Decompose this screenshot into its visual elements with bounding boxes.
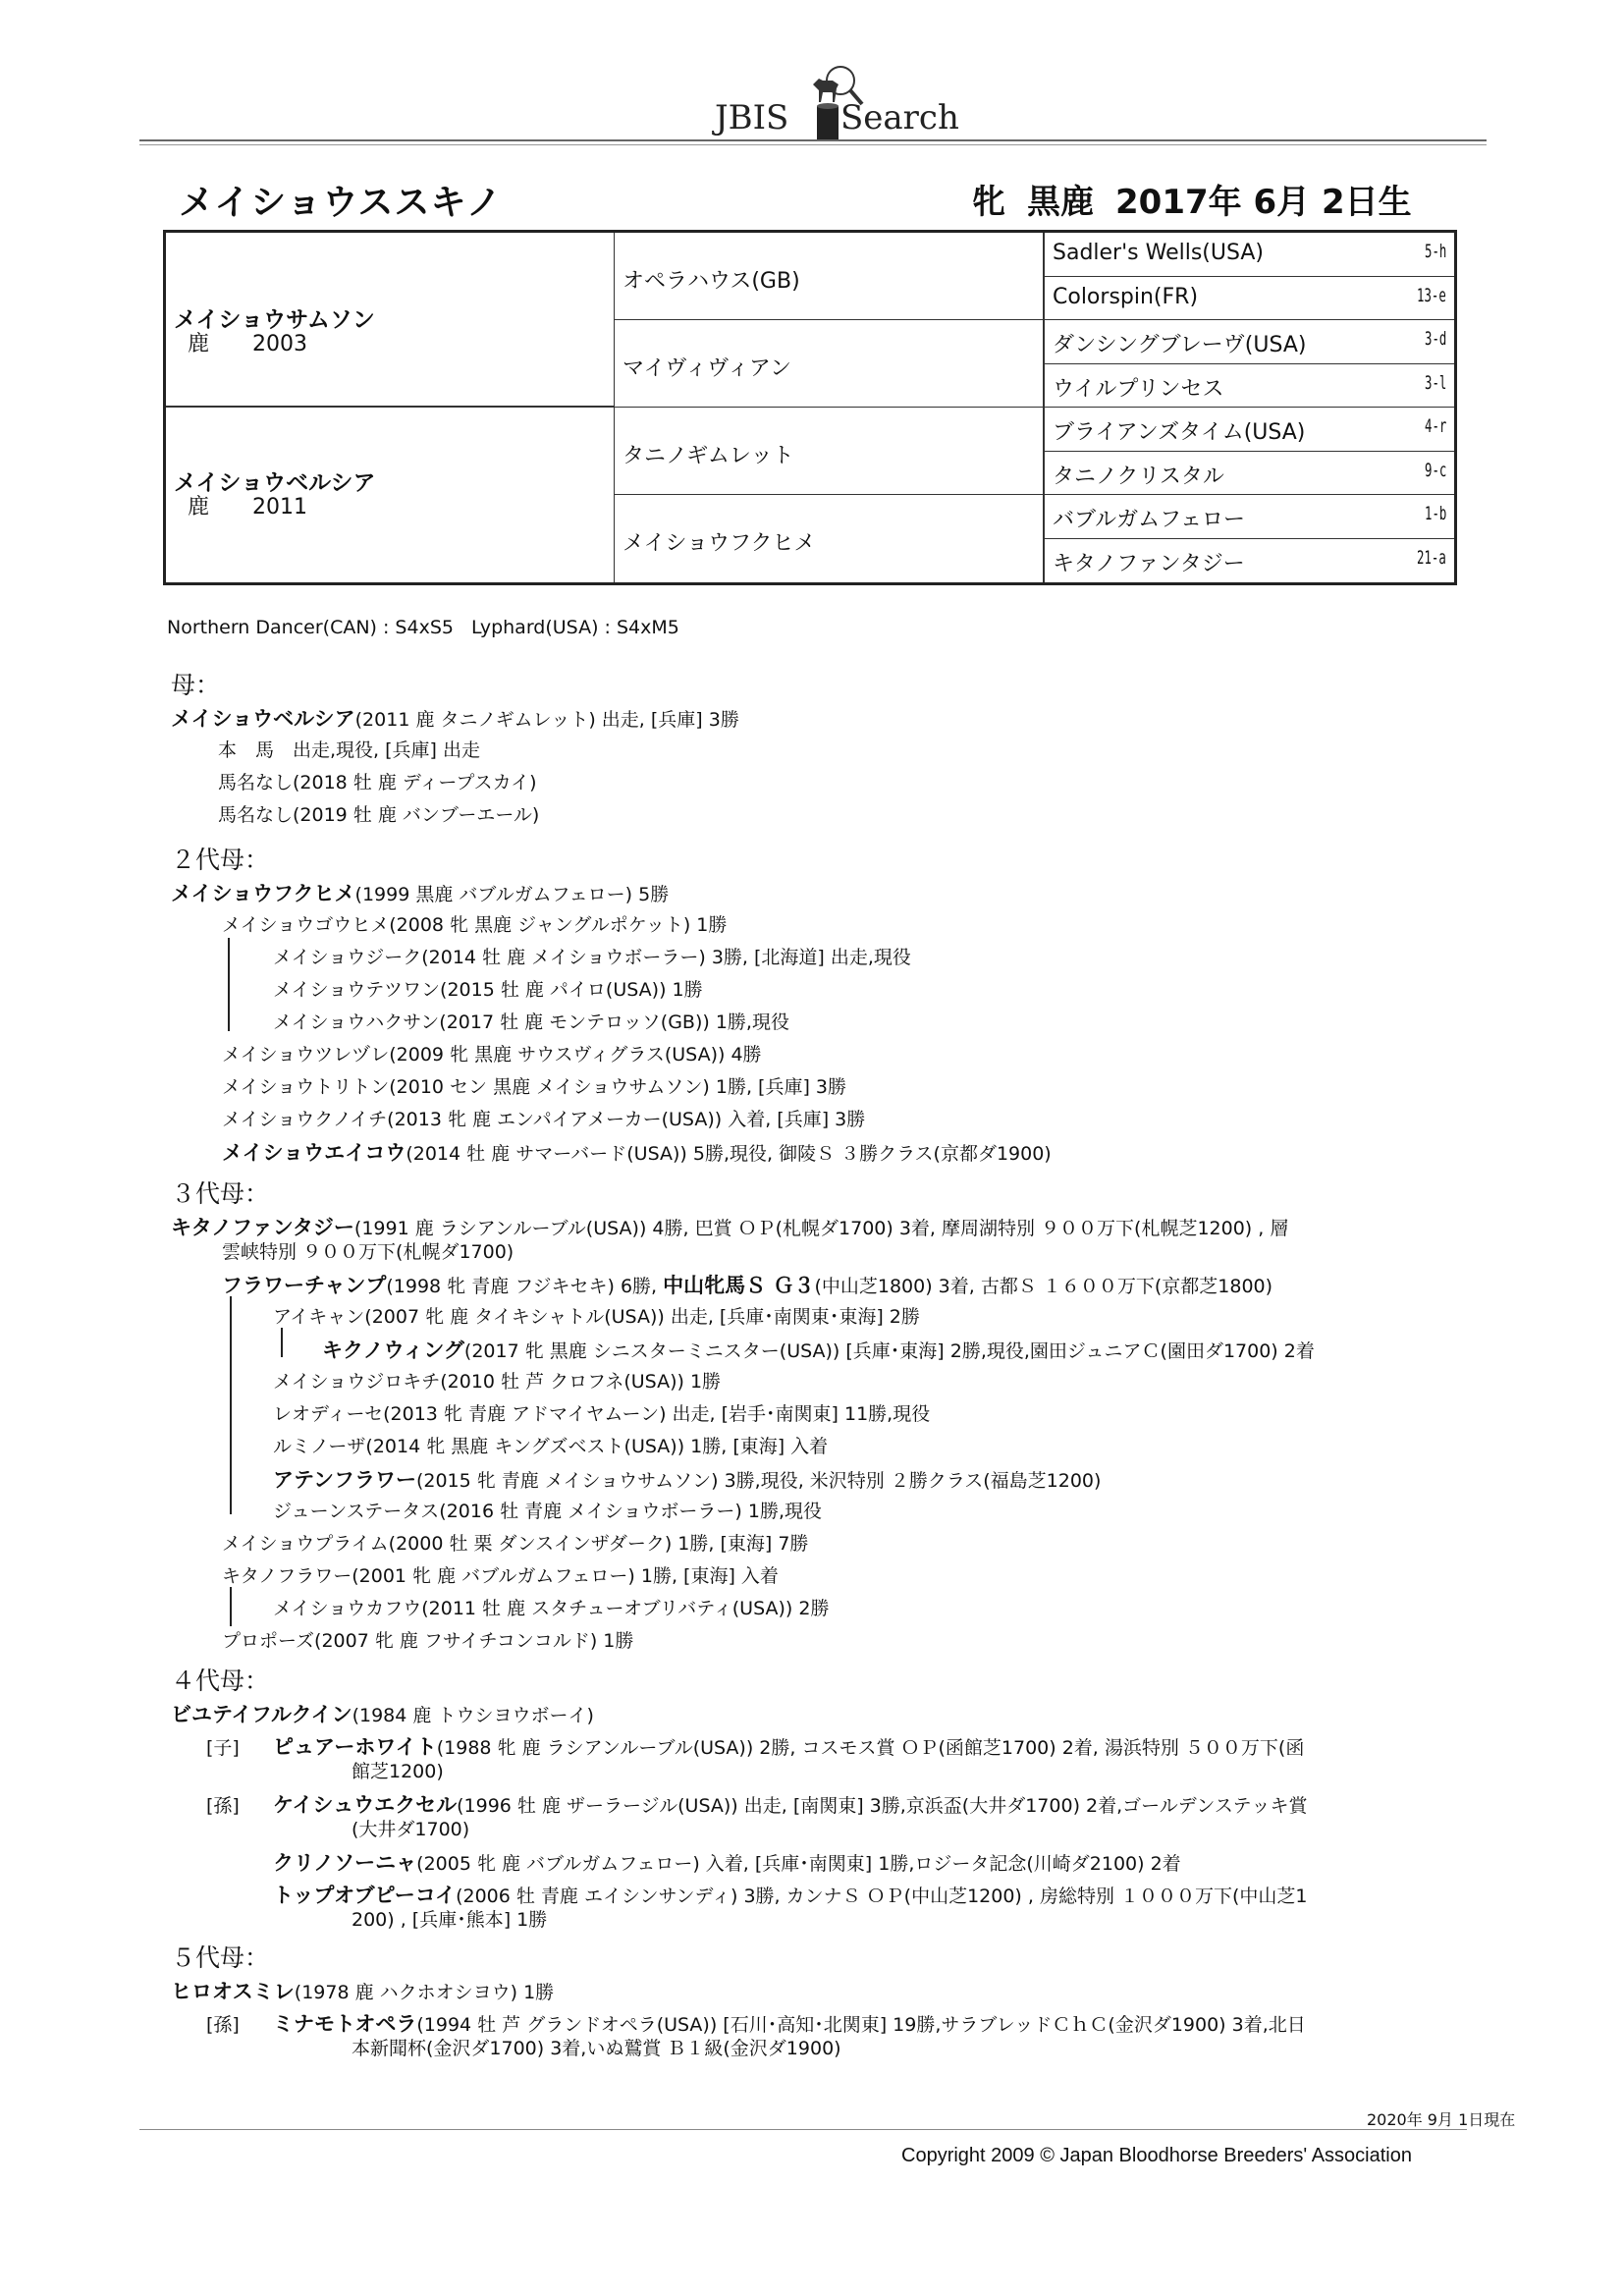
list-item: メイショウゴウヒメ(2008 牝 黒鹿 ジャングルポケット) 1勝 bbox=[222, 910, 727, 937]
pedigree-gen1: メイショウサムソン 鹿2003 メイショウベルシア 鹿2011 bbox=[166, 233, 615, 582]
as-of-date: 2020年 9月 1日現在 bbox=[1367, 2107, 1515, 2130]
horse-name: メイショウススキノ bbox=[179, 175, 503, 225]
horse-birth: 2017年 6月 2日生 bbox=[1115, 183, 1412, 222]
list-item: 本新聞杯(金沢ダ1700) 3着,いぬ鷲賞 Ｂ１級(金沢ダ1900) bbox=[352, 2034, 841, 2060]
pedigree-gen2: オペラハウス(GB) マイヴィヴィアン タニノギムレット メイショウフクヒメ bbox=[615, 233, 1045, 582]
gen3-cell: ダンシングブレーヴ(USA)3-d bbox=[1045, 320, 1454, 364]
gen2-cell: オペラハウス(GB) bbox=[615, 233, 1043, 320]
list-item: アテンフラワー(2015 牝 青鹿 メイショウサムソン) 3勝,現役, 米沢特別… bbox=[273, 1464, 1101, 1494]
section-title-g4: ４代母： bbox=[171, 1662, 269, 1697]
horse-color: 黒鹿 bbox=[1027, 183, 1094, 222]
section-title-g3: ３代母： bbox=[171, 1175, 269, 1210]
list-item: メイショウプライム(2000 牡 栗 ダンスインザダーク) 1勝, [東海] 7… bbox=[222, 1529, 808, 1556]
list-item: レオディーセ(2013 牝 青鹿 アドマイヤムーン) 出走, [岩手･南関東] … bbox=[273, 1399, 930, 1426]
list-item: クリノソーニャ(2005 牝 鹿 バブルガムフェロー) 入着, [兵庫･南関東]… bbox=[273, 1847, 1181, 1877]
list-item: 本 馬 出走,現役, [兵庫] 出走 bbox=[218, 736, 480, 762]
horse-info: 牝黒鹿2017年 6月 2日生 bbox=[972, 175, 1412, 223]
gen3-cell: Colorspin(FR)13-e bbox=[1045, 277, 1454, 321]
logo-search: Search bbox=[840, 98, 959, 137]
list-item: メイショウクノイチ(2013 牝 鹿 エンパイアメーカー(USA)) 入着, [… bbox=[222, 1105, 865, 1131]
sire-meta: 鹿2003 bbox=[188, 327, 307, 357]
list-item: ビユテイフルクイン(1984 鹿 トウシヨウボーイ) bbox=[171, 1699, 594, 1728]
gen3-cell: ウイルプリンセス3-l bbox=[1045, 364, 1454, 409]
footer-divider bbox=[139, 2129, 1467, 2130]
list-item: 館芝1200) bbox=[352, 1757, 444, 1783]
list-item: キクノウィング(2017 牝 黒鹿 シニスターミニスター(USA)) [兵庫･東… bbox=[322, 1335, 1315, 1364]
list-item: キタノフラワー(2001 牝 鹿 バブルガムフェロー) 1勝, [東海] 入着 bbox=[222, 1561, 779, 1588]
list-item: アイキャン(2007 牝 鹿 タイキシャトル(USA)) 出走, [兵庫･南関東… bbox=[273, 1302, 920, 1329]
list-item: プロポーズ(2007 牝 鹿 フサイチコンコルド) 1勝 bbox=[222, 1626, 633, 1653]
list-item: 馬名なし(2018 牡 鹿 ディープスカイ) bbox=[218, 768, 537, 794]
list-item: 雲峡特別 ９００万下(札幌ダ1700) bbox=[222, 1237, 514, 1264]
list-item: ジューンステータス(2016 牡 青鹿 メイショウボーラー) 1勝,現役 bbox=[273, 1497, 822, 1523]
list-item: 馬名なし(2019 牡 鹿 バンブーエール) bbox=[218, 800, 539, 827]
list-item: 200) , [兵庫･熊本] 1勝 bbox=[352, 1905, 547, 1932]
list-item: メイショウトリトン(2010 セン 黒鹿 メイショウサムソン) 1勝, [兵庫]… bbox=[222, 1072, 846, 1099]
tree-connector bbox=[228, 938, 230, 1031]
gen2-cell: メイショウフクヒメ bbox=[615, 495, 1043, 582]
gen2-cell: タニノギムレット bbox=[615, 408, 1043, 495]
gen3-cell: タニノクリスタル9-c bbox=[1045, 452, 1454, 496]
pedigree-table: メイショウサムソン 鹿2003 メイショウベルシア 鹿2011 オペラハウス(G… bbox=[163, 230, 1457, 585]
list-item: (大井ダ1700) bbox=[352, 1815, 469, 1841]
dam-cell: メイショウベルシア 鹿2011 bbox=[166, 408, 614, 582]
list-item: メイショウジーク(2014 牡 鹿 メイショウボーラー) 3勝, [北海道] 出… bbox=[273, 943, 911, 969]
gen3-cell: ブライアンズタイム(USA)4-r bbox=[1045, 408, 1454, 452]
list-item: メイショウツレヅレ(2009 牝 黒鹿 サウスヴィグラス(USA)) 4勝 bbox=[222, 1040, 762, 1066]
gen2-cell: マイヴィヴィアン bbox=[615, 320, 1043, 408]
tree-connector bbox=[230, 1296, 232, 1514]
list-item: ヒロオスミレ(1978 鹿 ハクホオシヨウ) 1勝 bbox=[171, 1976, 554, 2005]
tree-connector bbox=[281, 1328, 283, 1357]
section-title-g2: ２代母： bbox=[171, 841, 269, 876]
list-item: メイショウカフウ(2011 牡 鹿 スタチューオブリバティ(USA)) 2勝 bbox=[273, 1594, 829, 1620]
pedigree-gen3: Sadler's Wells(USA)5-h Colorspin(FR)13-e… bbox=[1045, 233, 1454, 582]
copyright: Copyright 2009 © Japan Bloodhorse Breede… bbox=[901, 2145, 1412, 2167]
gen3-cell: Sadler's Wells(USA)5-h bbox=[1045, 233, 1454, 277]
inbreeding-info: Northern Dancer(CAN) : S4xS5Lyphard(USA)… bbox=[167, 617, 697, 638]
gen3-cell: キタノファンタジー21-a bbox=[1045, 539, 1454, 583]
sire-cell: メイショウサムソン 鹿2003 bbox=[166, 233, 614, 408]
header-divider bbox=[139, 139, 1487, 141]
section-title-g5: ５代母： bbox=[171, 1939, 269, 1974]
list-item: メイショウハクサン(2017 牡 鹿 モンテロッソ(GB)) 1勝,現役 bbox=[273, 1008, 789, 1034]
list-item: フラワーチャンプ(1998 牝 青鹿 フジキセキ) 6勝, 中山牝馬Ｓ Ｇ３(中… bbox=[222, 1270, 1272, 1299]
list-item: メイショウエイコウ(2014 牡 鹿 サマーバード(USA)) 5勝,現役, 御… bbox=[222, 1137, 1052, 1167]
list-item: メイショウフクヒメ(1999 黒鹿 バブルガムフェロー) 5勝 bbox=[171, 878, 669, 907]
jbis-search-logo: JBIS Search bbox=[715, 65, 941, 143]
header-divider bbox=[139, 144, 1487, 145]
list-item: ルミノーザ(2014 牝 黒鹿 キングズベスト(USA)) 1勝, [東海] 入… bbox=[273, 1432, 828, 1458]
horse-sex: 牝 bbox=[972, 183, 1005, 222]
tree-connector bbox=[230, 1587, 232, 1626]
gen3-cell: バブルガムフェロー1-b bbox=[1045, 495, 1454, 539]
list-item: メイショウベルシア(2011 鹿 タニノギムレット) 出走, [兵庫] 3勝 bbox=[171, 703, 739, 733]
logo-jbis: JBIS bbox=[715, 98, 788, 137]
dam-meta: 鹿2011 bbox=[188, 490, 307, 520]
section-title-dam: 母： bbox=[171, 666, 220, 701]
list-item: メイショウテツワン(2015 牡 鹿 パイロ(USA)) 1勝 bbox=[273, 975, 703, 1002]
list-item: メイショウジロキチ(2010 牡 芦 クロフネ(USA)) 1勝 bbox=[273, 1367, 721, 1394]
